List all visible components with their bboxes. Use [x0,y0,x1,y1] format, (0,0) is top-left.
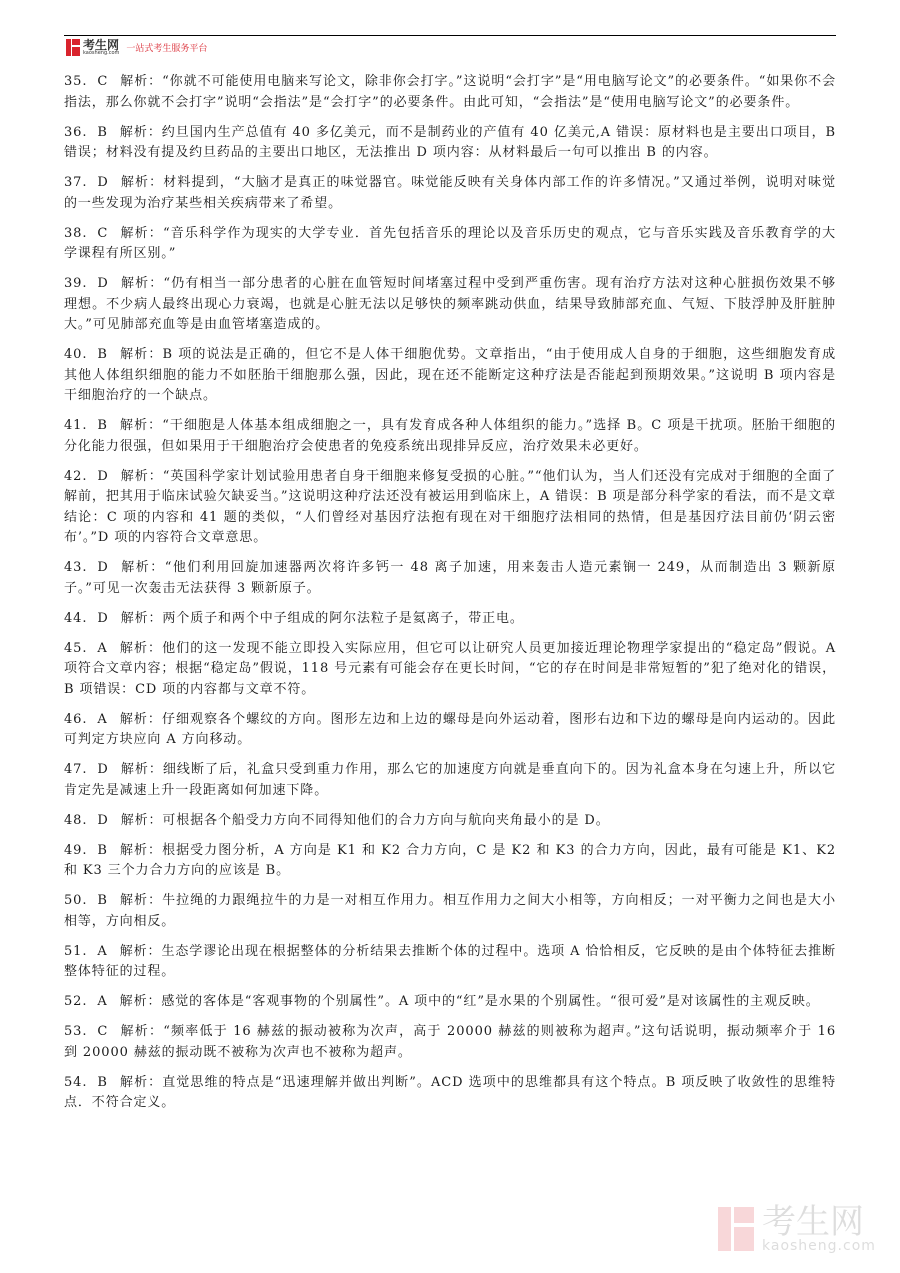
answer-item: 51.A解析：生态学谬论出现在根据整体的分析结果去推断个体的过程中。选项 A 恰… [64,942,836,983]
answer-item: 44.D解析：两个质子和两个中子组成的阿尔法粒子是氦离子，带正电。 [64,609,836,630]
answer-item: 37.D解析：材料提到，“大脑才是真正的味觉器官。味觉能反映有关身体内部工作的许… [64,173,836,214]
answer-item: 36.B解析：约旦国内生产总值有 40 多亿美元，而不是制药业的产值有 40 亿… [64,123,836,164]
logo-domain: kaosheng.com [83,51,119,56]
answer-item: 50.B解析：牛拉绳的力跟绳拉牛的力是一对相互作用力。相互作用力之间大小相等，方… [64,891,836,932]
answer-explanations: 35.C解析：“你就不可能使用电脑来写论文，除非你会打字。”这说明“会打字”是“… [64,72,836,1123]
watermark-logo: 考生网 kaosheng.com [718,1205,876,1253]
answer-item: 38.C解析：“音乐科学作为现实的大学专业．首先包括音乐的理论以及音乐历史的观点… [64,224,836,265]
answer-item: 46.A解析：仔细观察各个螺纹的方向。图形左边和上边的螺母是向外运动着，图形右边… [64,710,836,751]
watermark-name: 考生网 [762,1205,876,1239]
answer-item: 48.D解析：可根据各个船受力方向不同得知他们的合力方向与航向夹角最小的是 D。 [64,811,836,832]
watermark-mark-icon [718,1207,754,1251]
logo-mark-icon [66,39,80,56]
watermark-domain: kaosheng.com [762,1239,876,1253]
answer-item: 42.D解析：“英国科学家计划试验用患者自身干细胞来修复受损的心脏。”“他们认为… [64,467,836,549]
answer-item: 40.B解析：B 项的说法是正确的，但它不是人体干细胞优势。文章指出，“由于使用… [64,345,836,407]
answer-item: 45.A解析：他们的这一发现不能立即投入实际应用，但它可以让研究人员更加接近理论… [64,639,836,701]
answer-item: 41.B解析：“干细胞是人体基本组成细胞之一，具有发育成各种人体组织的能力。”选… [64,416,836,457]
answer-item: 43.D解析：“他们利用回旋加速器两次将许多钙一 48 离子加速，用来轰击人造元… [64,558,836,599]
answer-item: 47.D解析：细线断了后，礼盒只受到重力作用，那么它的加速度方向就是垂直向下的。… [64,760,836,801]
slogan: 一站式考生服务平台 [126,41,207,54]
answer-item: 35.C解析：“你就不可能使用电脑来写论文，除非你会打字。”这说明“会打字”是“… [64,72,836,113]
answer-item: 52.A解析：感觉的客体是“客观事物的个别属性”。A 项中的“红”是水果的个别属… [64,992,836,1013]
site-logo: 考生网 kaosheng.com 一站式考生服务平台 [66,39,207,56]
header-divider [64,35,836,36]
answer-item: 54.B解析：直觉思维的特点是“迅速理解并做出判断”。ACD 选项中的思维都具有… [64,1073,836,1114]
answer-item: 39.D解析：“仍有相当一部分患者的心脏在血管短时间堵塞过程中受到严重伤害。现有… [64,274,836,336]
answer-item: 49.B解析：根据受力图分析，A 方向是 K1 和 K2 合力方向，C 是 K2… [64,841,836,882]
answer-item: 53.C解析：“频率低于 16 赫兹的振动被称为次声，高于 20000 赫兹的则… [64,1022,836,1063]
